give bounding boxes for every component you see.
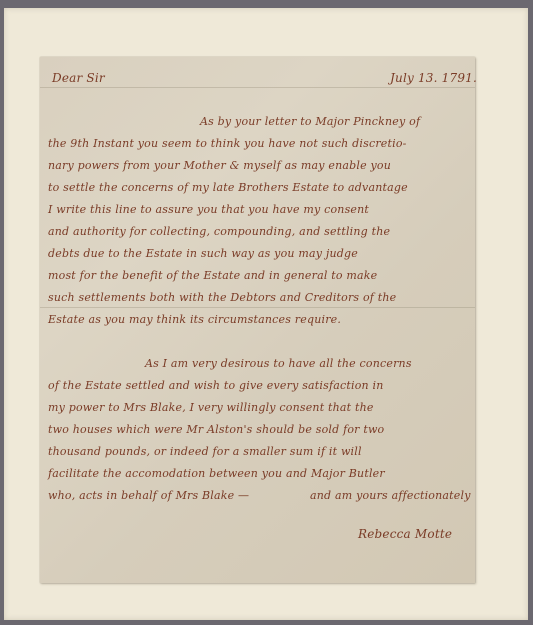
body-line: As I am very desirous to have all the co… xyxy=(145,357,412,370)
fold-line xyxy=(40,87,475,88)
fold-line xyxy=(40,307,475,308)
letter-date: July 13. 1791. xyxy=(390,71,477,85)
body-line: and authority for collecting, compoundin… xyxy=(48,225,390,238)
body-line: I write this line to assure you that you… xyxy=(48,203,369,216)
body-line: thousand pounds, or indeed for a smaller… xyxy=(48,445,362,458)
body-line: the 9th Instant you seem to think you ha… xyxy=(48,137,407,150)
body-line: of the Estate settled and wish to give e… xyxy=(48,379,384,392)
signature: Rebecca Motte xyxy=(358,527,452,541)
body-line: my power to Mrs Blake, I very willingly … xyxy=(48,401,374,414)
body-line: such settlements both with the Debtors a… xyxy=(48,291,396,304)
body-line: Estate as you may think its circumstance… xyxy=(48,313,341,326)
body-line: to settle the concerns of my late Brothe… xyxy=(48,181,408,194)
body-line: facilitate the accomodation between you … xyxy=(48,467,385,480)
body-line: nary powers from your Mother & myself as… xyxy=(48,159,391,172)
body-line: As by your letter to Major Pinckney of xyxy=(200,115,420,128)
closing: and am yours affectionately xyxy=(310,489,471,502)
body-line: most for the benefit of the Estate and i… xyxy=(48,269,377,282)
letter-paper: Dear Sir July 13. 1791. As by your lette… xyxy=(40,57,475,583)
salutation: Dear Sir xyxy=(52,71,105,85)
body-line: two houses which were Mr Alston's should… xyxy=(48,423,384,436)
body-line: debts due to the Estate in such way as y… xyxy=(48,247,358,260)
body-line: who, acts in behalf of Mrs Blake — xyxy=(48,489,249,502)
